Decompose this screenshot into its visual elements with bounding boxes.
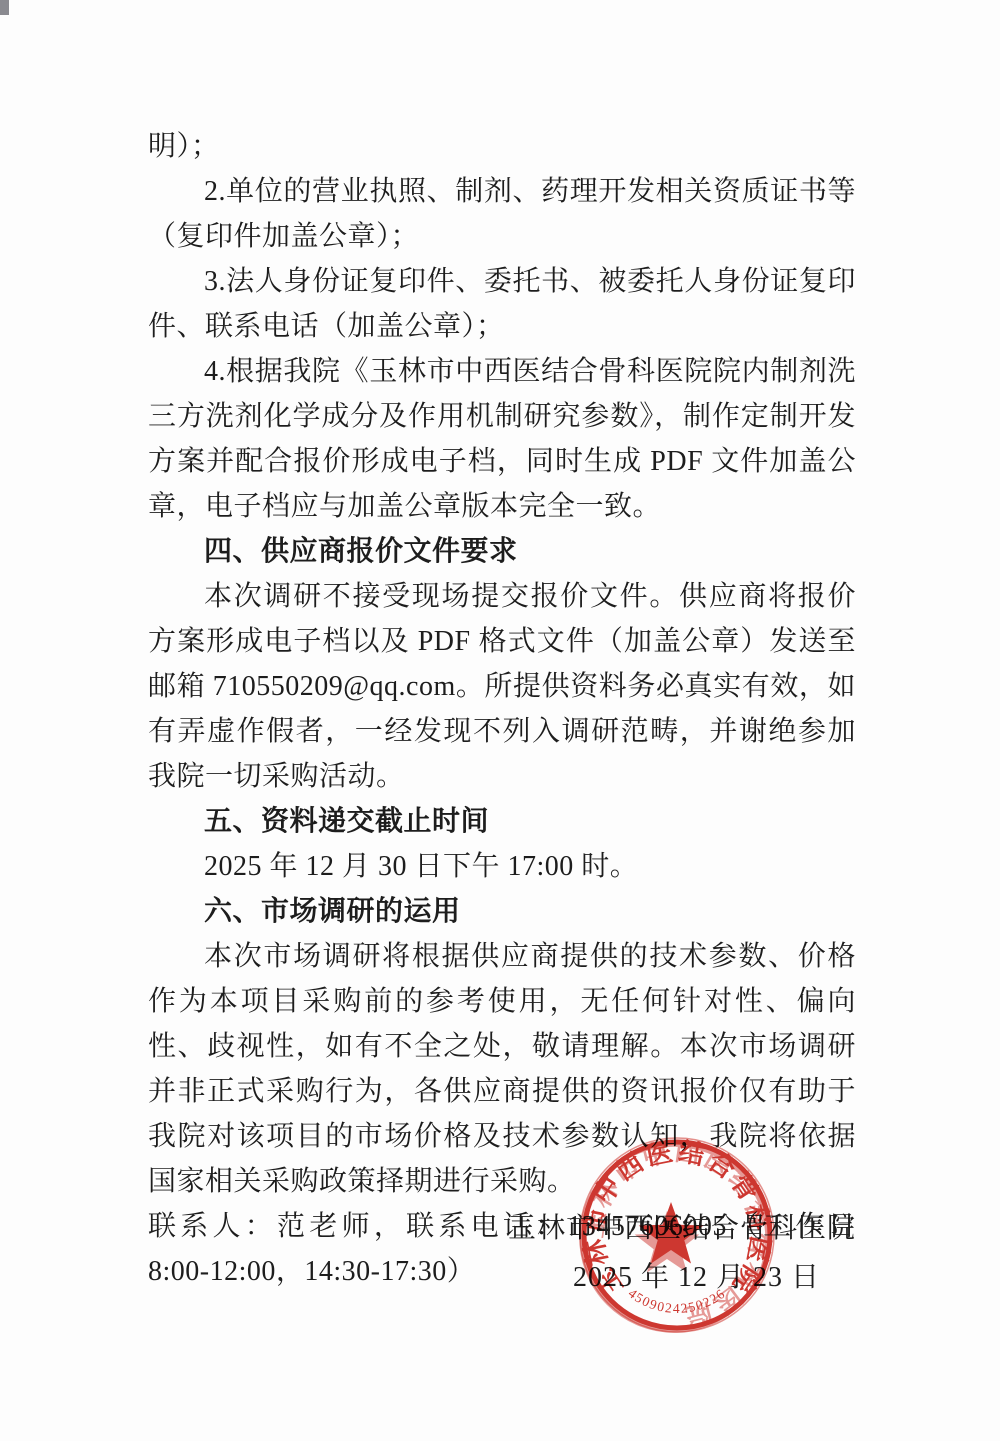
document-body: 明）； 2.单位的营业执照、制剂、药理开发相关资质证书等（复印件加盖公章）； 3… <box>148 124 856 1294</box>
seal-serial-number: 4509024250226 <box>626 1285 729 1315</box>
section-heading-5: 五、资料递交截止时间 <box>148 799 856 844</box>
list-item-4-research-params: 4.根据我院《玉林市中西医结合骨科医院院内制剂洗三方洗剂化学成分及作用机制研究参… <box>148 349 856 529</box>
list-item-3-id-documents: 3.法人身份证复印件、委托书、被委托人身份证复印件、联系电话（加盖公章）； <box>148 259 856 349</box>
paragraph-continuation: 明）； <box>148 124 856 169</box>
scan-artifact <box>0 0 9 15</box>
official-seal-stamp: 玉林市中西医结合骨科医院 玉林市中西医结合骨科医院 4509024250226 <box>577 1135 777 1335</box>
section-heading-4: 四、供应商报价文件要求 <box>148 529 856 574</box>
section-heading-6: 六、市场调研的运用 <box>148 889 856 934</box>
list-item-2-license: 2.单位的营业执照、制剂、药理开发相关资质证书等（复印件加盖公章）； <box>148 169 856 259</box>
document-page: 明）； 2.单位的营业执照、制剂、药理开发相关资质证书等（复印件加盖公章）； 3… <box>0 0 1000 1441</box>
paragraph-deadline: 2025 年 12 月 30 日下午 17:00 时。 <box>148 844 856 889</box>
paragraph-quote-requirements: 本次调研不接受现场提交报价文件。供应商将报价方案形成电子档以及 PDF 格式文件… <box>148 574 856 799</box>
